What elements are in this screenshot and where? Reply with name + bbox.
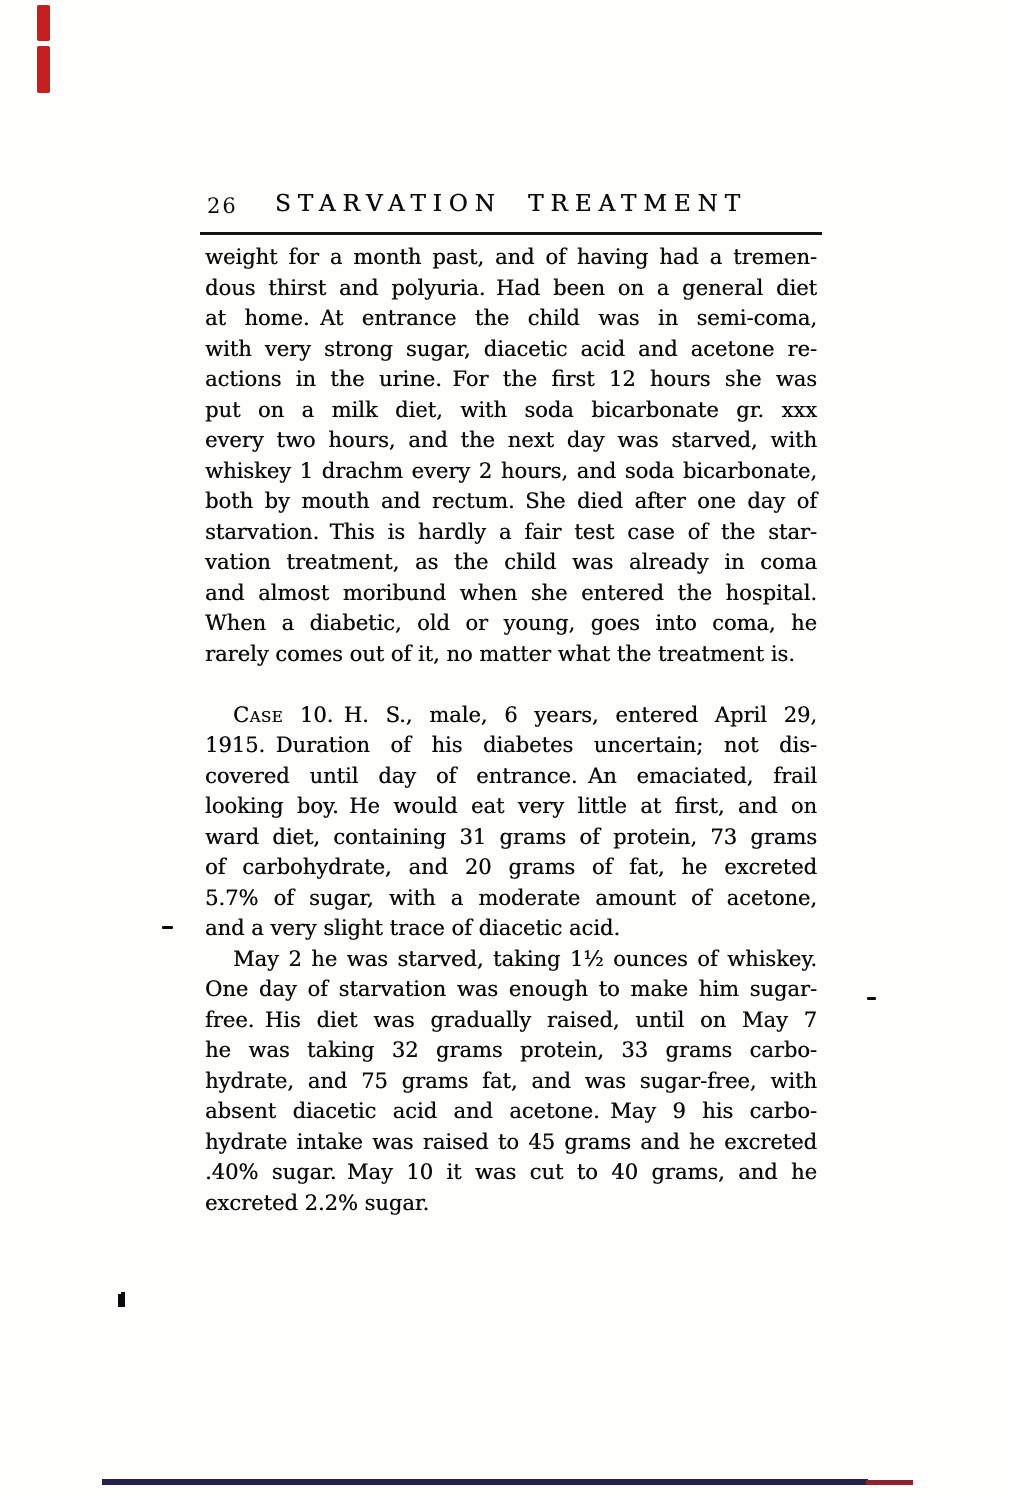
paragraph: Case 10. H. S., male, 6 years, entered A…	[205, 700, 817, 944]
book-page-scan: 26 STARVATION TREATMENT weight for a mon…	[0, 0, 1010, 1495]
red-crayon-mark-bottom	[37, 46, 50, 93]
running-head: 26 STARVATION TREATMENT	[205, 191, 817, 217]
text-line: weight for a month past, and of having h…	[205, 242, 817, 273]
text-line: excreted 2.2% sugar.	[205, 1188, 817, 1219]
scan-edge-line	[102, 1479, 868, 1485]
text-line: Case 10. H. S., male, 6 years, entered A…	[205, 700, 817, 731]
text-line: ward diet, containing 31 grams of protei…	[205, 822, 817, 853]
text-line: both by mouth and rectum. She died after…	[205, 486, 817, 517]
text-line: of carbohydrate, and 20 grams of fat, he…	[205, 852, 817, 883]
margin-ink-dash-right	[867, 997, 876, 1000]
text-line: actions in the urine. For the first 12 h…	[205, 364, 817, 395]
text-line: When a diabetic, old or young, goes into…	[205, 608, 817, 639]
text-line: 1915. Duration of his diabetes uncertain…	[205, 730, 817, 761]
text-line: absent diacetic acid and acetone. May 9 …	[205, 1096, 817, 1127]
text-line: at home. At entrance the child was in se…	[205, 303, 817, 334]
paragraph: weight for a month past, and of having h…	[205, 242, 817, 669]
text-line: dous thirst and polyuria. Had been on a …	[205, 273, 817, 304]
text-line: every two hours, and the next day was st…	[205, 425, 817, 456]
red-crayon-mark-top	[37, 5, 50, 41]
text-line: May 2 he was starved, taking 1½ ounces o…	[205, 944, 817, 975]
text-line: One day of starvation was enough to make…	[205, 974, 817, 1005]
text-line: hydrate, and 75 grams fat, and was sugar…	[205, 1066, 817, 1097]
ink-speck	[118, 1294, 125, 1307]
running-head-title: STARVATION TREATMENT	[275, 191, 747, 217]
text-line: looking boy. He would eat very little at…	[205, 791, 817, 822]
text-line: and a very slight trace of diacetic acid…	[205, 913, 817, 944]
text-line: with very strong sugar, diacetic acid an…	[205, 334, 817, 365]
text-line: he was taking 32 grams protein, 33 grams…	[205, 1035, 817, 1066]
text-line: covered until day of entrance. An emacia…	[205, 761, 817, 792]
text-line: put on a milk diet, with soda bicarbonat…	[205, 395, 817, 426]
text-line: vation treatment, as the child was alrea…	[205, 547, 817, 578]
case-label-smallcaps: Case	[233, 703, 283, 727]
text-line: and almost moribund when she entered the…	[205, 578, 817, 609]
text-line: whiskey 1 drachm every 2 hours, and soda…	[205, 456, 817, 487]
text-line: 5.7% of sugar, with a moderate amount of…	[205, 883, 817, 914]
paragraph: May 2 he was starved, taking 1½ ounces o…	[205, 944, 817, 1219]
text-block: weight for a month past, and of having h…	[205, 242, 817, 1218]
header-rule	[200, 232, 822, 235]
text-line: .40% sugar. May 10 it was cut to 40 gram…	[205, 1157, 817, 1188]
scan-edge-line-red-tail	[866, 1480, 913, 1485]
page-number: 26	[207, 194, 238, 218]
text-line: free. His diet was gradually raised, unt…	[205, 1005, 817, 1036]
text-line: rarely comes out of it, no matter what t…	[205, 639, 817, 670]
text-line: starvation. This is hardly a fair test c…	[205, 517, 817, 548]
margin-ink-dash-left	[162, 926, 173, 929]
text-line: hydrate intake was raised to 45 grams an…	[205, 1127, 817, 1158]
